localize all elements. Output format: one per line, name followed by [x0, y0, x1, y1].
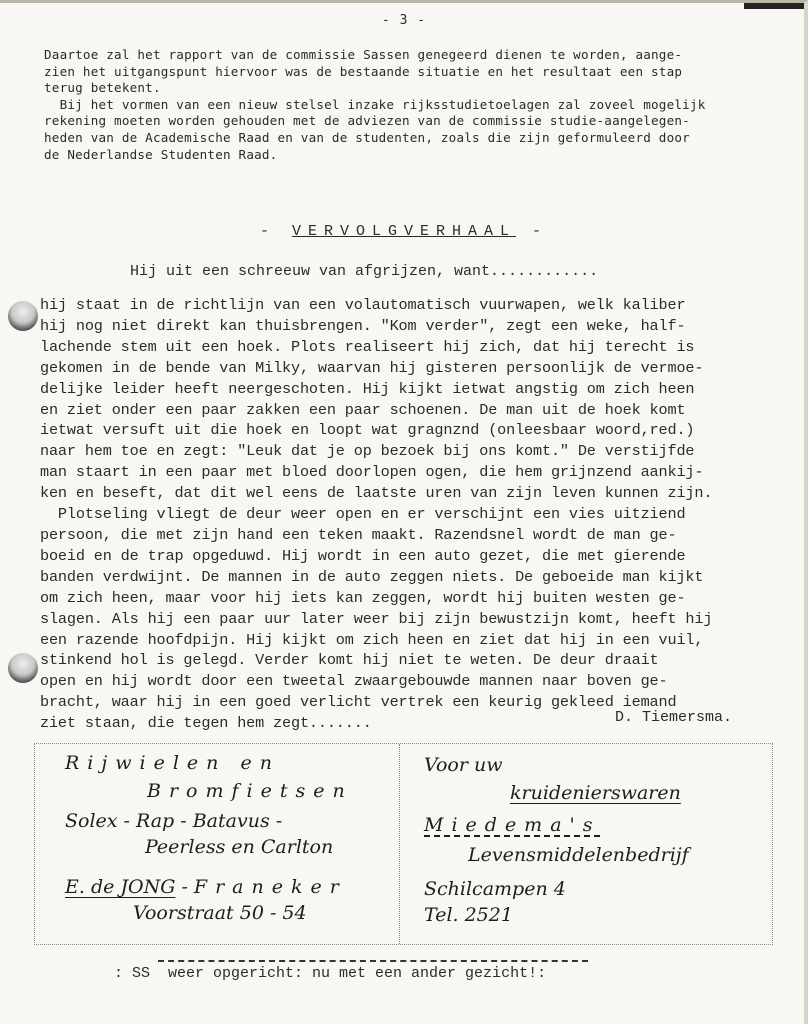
- title-dash: -: [260, 223, 292, 240]
- story-line: en ziet onder een paar zakken een paar s…: [40, 400, 780, 421]
- divider: [158, 960, 588, 962]
- story-line: hij nog niet direkt kan thuisbrengen. "K…: [40, 316, 780, 337]
- ad-phone: Tel. 2521: [424, 904, 513, 926]
- story-line: ietwat versuft uit die hoek en loopt wat…: [40, 420, 780, 441]
- title-dash: -: [516, 223, 548, 240]
- ad-line: Levensmiddelenbedrijf: [468, 844, 689, 866]
- story-line: persoon, die met zijn hand een teken maa…: [40, 525, 780, 546]
- story-line: naar hem toe en zegt: "Leuk dat je op be…: [40, 441, 780, 462]
- story-line: een razende hoofdpijn. Hij kijkt om zich…: [40, 630, 780, 651]
- ad-address: Schilcampen 4: [424, 878, 566, 900]
- story-line: banden verdwijnt. De mannen in de auto z…: [40, 567, 780, 588]
- ad-town: Franeker: [194, 876, 347, 898]
- document-page: - 3 - Daartoe zal het rapport van de com…: [0, 0, 808, 1024]
- ad-address: Voorstraat 50 - 54: [133, 902, 307, 924]
- text-line: heden van de Academische Raad en van de …: [44, 130, 764, 147]
- ad-line: Rijwielen en: [65, 752, 280, 774]
- story-line: delijke leider heeft neergeschoten. Hij …: [40, 379, 780, 400]
- slogan: : SS weer opgericht: nu met een ander ge…: [114, 965, 546, 982]
- ad-line: Bromfietsen: [147, 780, 353, 802]
- ad-brands: Peerless en Carlton: [145, 836, 333, 858]
- text-line: Bij het vormen van een nieuw stelsel inz…: [44, 97, 764, 114]
- story-line: stinkend hol is gelegd. Verder komt hij …: [40, 650, 780, 671]
- story-body: hij staat in de richtlijn van een volaut…: [40, 295, 780, 734]
- page-number: - 3 -: [0, 13, 808, 28]
- ad-owner: E. de JONG: [65, 876, 175, 898]
- punch-hole: [8, 653, 38, 683]
- punch-hole: [8, 301, 38, 331]
- text-line: zien het uitgangspunt hiervoor was de be…: [44, 64, 764, 81]
- story-line: hij staat in de richtlijn van een volaut…: [40, 295, 780, 316]
- story-line: open en hij wordt door een tweetal zwaar…: [40, 671, 780, 692]
- author-signature: D. Tiemersma.: [615, 709, 732, 726]
- story-line: gekomen in de bende van Milky, waarvan h…: [40, 358, 780, 379]
- text-line: Daartoe zal het rapport van de commissie…: [44, 47, 764, 64]
- ad-line: Voor uw: [424, 754, 502, 776]
- story-line: slagen. Als hij een paar uur later weer …: [40, 609, 780, 630]
- title-text: VERVOLGVERHAAL: [292, 223, 516, 240]
- intro-paragraph: Daartoe zal het rapport van de commissie…: [44, 47, 764, 163]
- story-line: om zich heen, maar voor hij iets kan zeg…: [40, 588, 780, 609]
- story-line: man staart in een paar met bloed doorlop…: [40, 462, 780, 483]
- ad-shop-name: Miedema's: [424, 814, 601, 836]
- ad-owner-line: E. de JONG - Franeker: [65, 876, 347, 898]
- ad-line: kruidenierswaren: [510, 782, 681, 804]
- story-line: ken en beseft, dat dit wel eens de laats…: [40, 483, 780, 504]
- story-line: boeid en de trap opgeduwd. Hij wordt in …: [40, 546, 780, 567]
- text-line: rekening moeten worden gehouden met de a…: [44, 113, 764, 130]
- advertisement-box: Rijwielen en Bromfietsen Solex - Rap - B…: [34, 743, 773, 945]
- story-line: lachende stem uit een hoek. Plots realis…: [40, 337, 780, 358]
- separator: -: [175, 876, 194, 898]
- text-line: terug betekent.: [44, 80, 764, 97]
- ad-bicycle-shop: Rijwielen en Bromfietsen Solex - Rap - B…: [35, 744, 400, 944]
- story-title: - VERVOLGVERHAAL -: [0, 223, 808, 240]
- text-line: de Nederlandse Studenten Raad.: [44, 147, 764, 164]
- story-line: Plotseling vliegt de deur weer open en e…: [40, 504, 780, 525]
- ad-grocery: Voor uw kruidenierswaren Miedema's Leven…: [400, 744, 772, 944]
- ad-brands: Solex - Rap - Batavus -: [65, 810, 282, 832]
- story-lead: Hij uit een schreeuw van afgrijzen, want…: [130, 263, 598, 280]
